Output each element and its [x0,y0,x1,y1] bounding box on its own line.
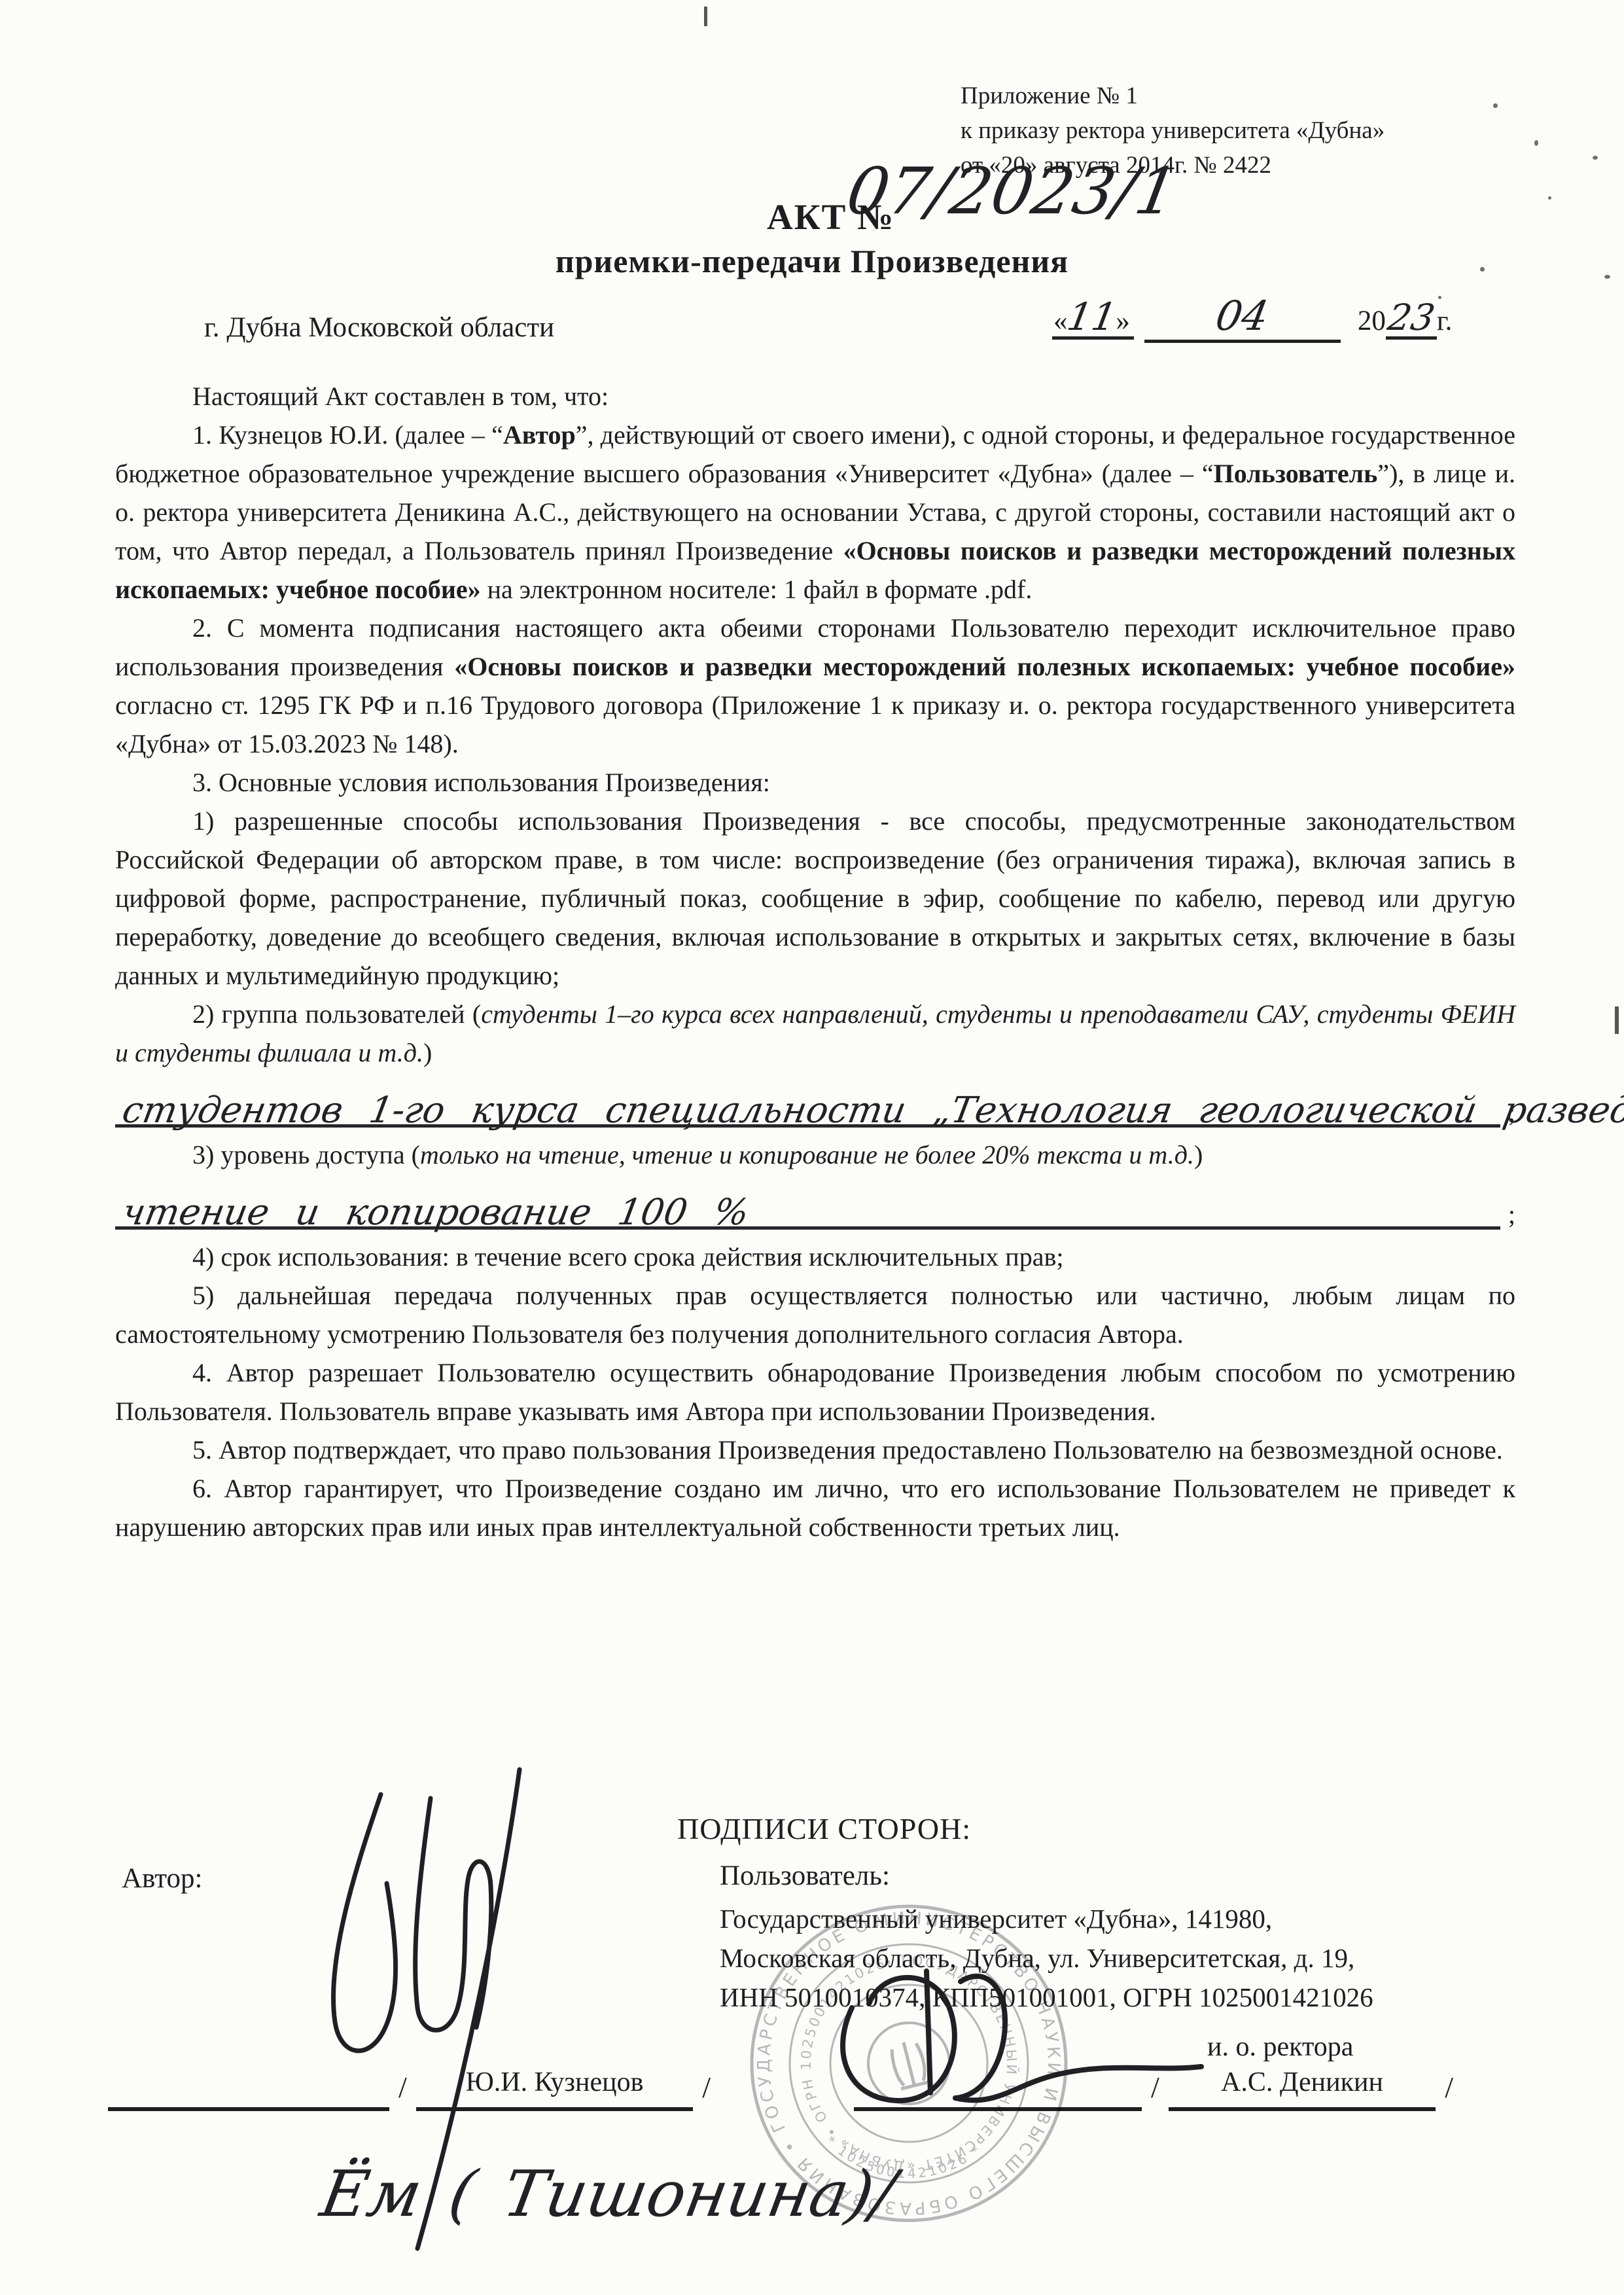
quote-close: » [1116,306,1130,336]
date-day-field: «11» [1052,306,1134,340]
scan-noise-dot [1534,140,1538,146]
paragraph: Настоящий Акт составлен в том, что: [115,377,1515,416]
paragraph: 3) уровень доступа (только на чтение, чт… [115,1135,1515,1174]
signature-line [108,2055,389,2111]
paragraph-segment: ) [1194,1140,1203,1169]
date-year-handwritten: 23 [1385,296,1438,338]
paragraph: 3. Основные условия использования Произв… [115,763,1515,802]
paragraph-segment: 5) дальнейшая передача полученных прав о… [115,1281,1515,1349]
appendix-line: Приложение № 1 [961,79,1385,113]
date-year-field: 23 [1386,306,1437,340]
paragraph: 2. С момента подписания настоящего акта … [115,609,1515,763]
paragraph-segment: на электронном носителе: 1 файл в формат… [481,575,1033,604]
scan-noise-dot [1593,156,1598,160]
handwritten-text: чтение и копирование 100 % [119,1191,752,1233]
paragraph: 5. Автор подтверждает, что право пользов… [115,1431,1515,1469]
slash: / [1436,2070,1462,2111]
paragraph-segment: 3) уровень доступа ( [192,1140,420,1169]
dateline-city: г. Дубна Московской области [204,311,554,344]
act-subtitle: приемки-передачи Произведения [0,242,1624,280]
paragraph-segment: 4) срок использования: в течение всего с… [192,1242,1063,1272]
paragraph: 1. Кузнецов Ю.И. (далее – “Автор”, дейст… [115,416,1515,609]
fill-in-underline: чтение и копирование 100 % [115,1178,1500,1230]
paragraph-segment: согласно ст. 1295 ГК РФ и п.16 Трудового… [115,690,1515,758]
paragraph-segment: 5. Автор подтверждает, что право пользов… [192,1435,1503,1465]
scan-noise-dot [1548,196,1551,200]
paragraph-segment: 1) разрешенные способы использования Про… [115,806,1515,990]
slash: / [389,2070,416,2111]
handwritten-filled-line: студентов 1-го курса специальности „Техн… [115,1076,1515,1128]
handwritten-filled-line: чтение и копирование 100 %; [115,1178,1515,1230]
author-signature-row: / Ю.И. Кузнецов / [108,2059,720,2111]
line-suffix-punctuation: ; [1500,1199,1515,1230]
paragraph: 4) срок использования: в течение всего с… [115,1237,1515,1276]
date-month-handwritten: 04 [1212,292,1273,340]
document-body: Настоящий Акт составлен в том, что:1. Ку… [115,377,1515,1546]
signatures-heading: ПОДПИСИ СТОРОН: [677,1811,971,1846]
handwritten-text: студентов 1-го курса специальности „Техн… [119,1089,1624,1131]
paragraph-segment: «Основы поисков и разведки месторождений… [454,652,1515,681]
paragraph-segment: 2) группа пользователей ( [192,999,481,1029]
paragraph-segment: 4. Автор разрешает Пользователю осуществ… [115,1358,1515,1426]
slash: / [693,2070,720,2111]
paragraph: 6. Автор гарантирует, что Произведение с… [115,1469,1515,1546]
scan-noise-dot [1493,103,1498,108]
paragraph: 4. Автор разрешает Пользователю осуществ… [115,1353,1515,1431]
scan-noise-tick [1615,1006,1619,1034]
date-year-prefix: 20 [1358,306,1386,336]
paragraph: 2) группа пользователей (студенты 1–го к… [115,995,1515,1072]
slash: / [1142,2070,1169,2111]
author-label: Автор: [122,1862,202,1895]
paragraph-segment: ) [423,1038,432,1067]
date-year-suffix: г. [1437,306,1453,336]
fill-in-underline: студентов 1-го курса специальности „Техн… [115,1076,1500,1128]
paragraph-segment: 6. Автор гарантирует, что Произведение с… [115,1474,1515,1542]
date-day-handwritten: 11 [1064,294,1120,339]
bottom-handwritten-note: Ём ( Тишонина)/ [315,2157,901,2231]
paragraph-segment: Настоящий Акт составлен в том, что: [192,382,609,411]
paragraph-segment: 1. Кузнецов Ю.И. (далее – “ [192,420,503,450]
appendix-line: к приказу ректора университета «Дубна» [961,113,1385,148]
name-kuznetsov: Ю.И. Кузнецов [416,2046,693,2111]
user-label: Пользователь: [720,1860,890,1892]
dateline-date: «11»042023г. [1052,292,1452,343]
date-month-field: 04 [1144,292,1341,343]
paragraph-segment: 3. Основные условия использования Произв… [192,768,770,797]
scanned-act-document: Приложение № 1 к приказу ректора универс… [0,0,1624,2295]
name-denikin: А.С. Деникин [1169,2046,1436,2111]
paragraph: 1) разрешенные способы использования Про… [115,802,1515,995]
scan-noise-tick [704,7,707,26]
paragraph-segment: Пользователь [1214,459,1378,488]
paragraph-segment: только на чтение, чтение и копирование н… [420,1140,1194,1169]
paragraph: 5) дальнейшая передача полученных прав о… [115,1276,1515,1353]
paragraph-segment: Автор [503,420,576,450]
act-number-handwritten: 07/2023/1 [841,154,1184,229]
